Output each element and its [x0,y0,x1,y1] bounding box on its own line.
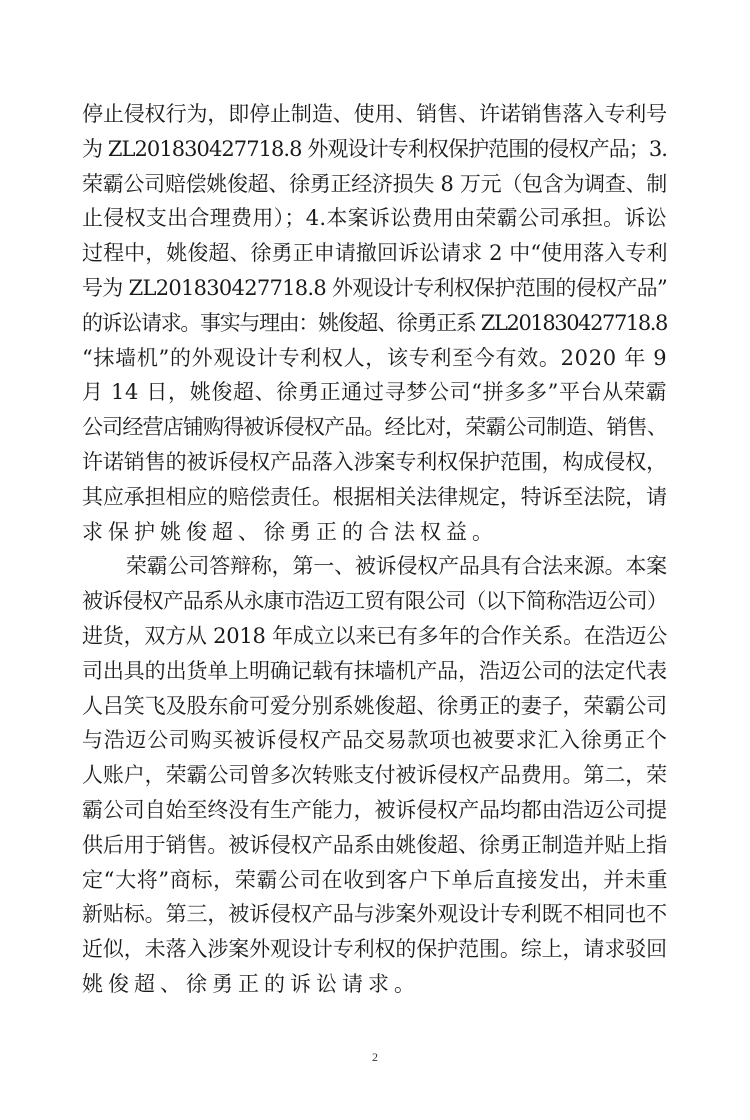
text-line: 停止侵权行为，即停止制造、使用、销售、许诺销售落入专利号 [82,97,667,132]
text-line: 过程中，姚俊超、徐勇正申请撤回诉讼请求 2 中“使用落入专利 [82,236,667,271]
text-line: 其应承担相应的赔偿责任。根据相关法律规定，特诉至法院，请 [82,480,667,515]
text-line: 近似，未落入涉案外观设计专利权的保护范围。综上，请求驳回 [82,932,667,967]
text-line: 止侵权支出合理费用）；4.本案诉讼费用由荣霸公司承担。诉讼 [82,201,667,236]
text-line: 霸公司自始至终没有生产能力，被诉侵权产品均都由浩迈公司提 [82,793,667,828]
text-line: 月 14 日，姚俊超、徐勇正通过寻梦公司“拼多多”平台从荣霸 [82,375,667,410]
text-line: 供后用于销售。被诉侵权产品系由姚俊超、徐勇正制造并贴上指 [82,828,667,863]
text-line: 姚俊超、徐勇正的诉讼请求。 [82,967,667,1002]
text-line: 人吕笑飞及股东俞可爱分别系姚俊超、徐勇正的妻子，荣霸公司 [82,689,667,724]
text-line: 为 ZL201830427718.8 外观设计专利权保护范围的侵权产品；3. [82,132,667,167]
document-page: 停止侵权行为，即停止制造、使用、销售、许诺销售落入专利号 为 ZL2018304… [82,97,667,1002]
text-line: 进货，双方从 2018 年成立以来已有多年的合作关系。在浩迈公 [82,619,667,654]
text-line: “抹墙机”的外观设计专利权人，该专利至今有效。2020 年 9 [82,341,667,376]
text-line: 与浩迈公司购买被诉侵权产品交易款项也被要求汇入徐勇正个 [82,723,667,758]
text-line: 的诉讼请求。事实与理由：姚俊超、徐勇正系 ZL201830427718.8 [82,306,667,341]
text-line: 定“大将”商标，荣霸公司在收到客户下单后直接发出，并未重 [82,863,667,898]
text-line: 号为 ZL201830427718.8 外观设计专利权保护范围的侵权产品” [82,271,667,306]
text-line: 荣霸公司赔偿姚俊超、徐勇正经济损失 8 万元（包含为调查、制 [82,167,667,202]
text-line: 新贴标。第三，被诉侵权产品与涉案外观设计专利既不相同也不 [82,897,667,932]
text-line: 荣霸公司答辩称，第一、被诉侵权产品具有合法来源。本案 [82,549,667,584]
text-line: 人账户，荣霸公司曾多次转账支付被诉侵权产品费用。第二，荣 [82,758,667,793]
paragraph-plaintiff-claims: 停止侵权行为，即停止制造、使用、销售、许诺销售落入专利号 为 ZL2018304… [82,97,667,549]
paragraph-defendant-response: 荣霸公司答辩称，第一、被诉侵权产品具有合法来源。本案 被诉侵权产品系从永康市浩迈… [82,549,667,1001]
text-line: 许诺销售的被诉侵权产品落入涉案专利权保护范围，构成侵权， [82,445,667,480]
text-line: 司出具的出货单上明确记载有抹墙机产品，浩迈公司的法定代表 [82,654,667,689]
text-line: 公司经营店铺购得被诉侵权产品。经比对，荣霸公司制造、销售、 [82,410,667,445]
text-line: 被诉侵权产品系从永康市浩迈工贸有限公司（以下简称浩迈公司） [82,584,667,619]
page-number: 2 [0,1050,750,1065]
text-line: 求保护姚俊超、徐勇正的合法权益。 [82,515,667,550]
